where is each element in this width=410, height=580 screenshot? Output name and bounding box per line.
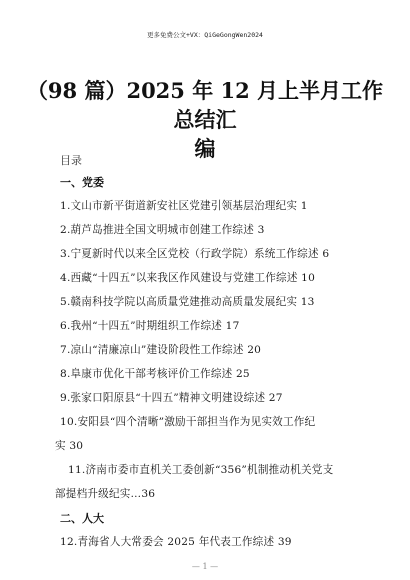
- toc-item[interactable]: 5.赣南科技学院以高质量党建推动高质量发展纪实 13: [60, 294, 315, 309]
- toc-item[interactable]: 10.安阳县“四个清晰”激励干部担当作为见实效工作纪: [60, 414, 315, 429]
- page-number: — 1 —: [0, 562, 410, 571]
- toc-label: 目录: [60, 152, 82, 168]
- document-title: （98 篇）2025 年 12 月上半月工作总结汇 编: [20, 76, 390, 163]
- toc-item[interactable]: 8.阜康市优化干部考核评价工作综述 25: [60, 366, 250, 381]
- toc-item-continuation[interactable]: 部提档升级纪实…36: [55, 486, 155, 501]
- toc-item[interactable]: 9.张家口阳原县“十四五”精神文明建设综述 27: [60, 390, 283, 405]
- toc-item[interactable]: 2.葫芦岛推进全国文明城市创建工作综述 3: [60, 222, 265, 237]
- toc-item[interactable]: 6.我州“十四五”时期组织工作综述 17: [60, 318, 240, 333]
- toc-item[interactable]: 4.西藏“十四五”以来我区作风建设与党建工作综述 10: [60, 270, 315, 285]
- toc-item[interactable]: 11.济南市委市直机关工委创新“356”机制推动机关党支: [68, 462, 333, 477]
- document-page: 更多免费公文+VX：QiGeGongWen2024 （98 篇）2025 年 1…: [0, 0, 410, 580]
- toc-section-npc: 二、人大: [60, 510, 104, 526]
- toc-item[interactable]: 3.宁夏新时代以来全区党校（行政学院）系统工作综述 6: [60, 246, 329, 261]
- toc-item[interactable]: 7.凉山“清廉凉山”建设阶段性工作综述 20: [60, 342, 261, 357]
- toc-section-party-committee: 一、党委: [60, 174, 104, 190]
- toc-item[interactable]: 12.青海省人大常委会 2025 年代表工作综述 39: [60, 534, 292, 549]
- toc-item-continuation[interactable]: 实 30: [55, 438, 83, 453]
- header-note: 更多免费公文+VX：QiGeGongWen2024: [0, 30, 410, 39]
- title-line-1: （98 篇）2025 年 12 月上半月工作总结汇: [20, 76, 390, 134]
- toc-item[interactable]: 1.文山市新平街道新安社区党建引领基层治理纪实 1: [60, 198, 308, 213]
